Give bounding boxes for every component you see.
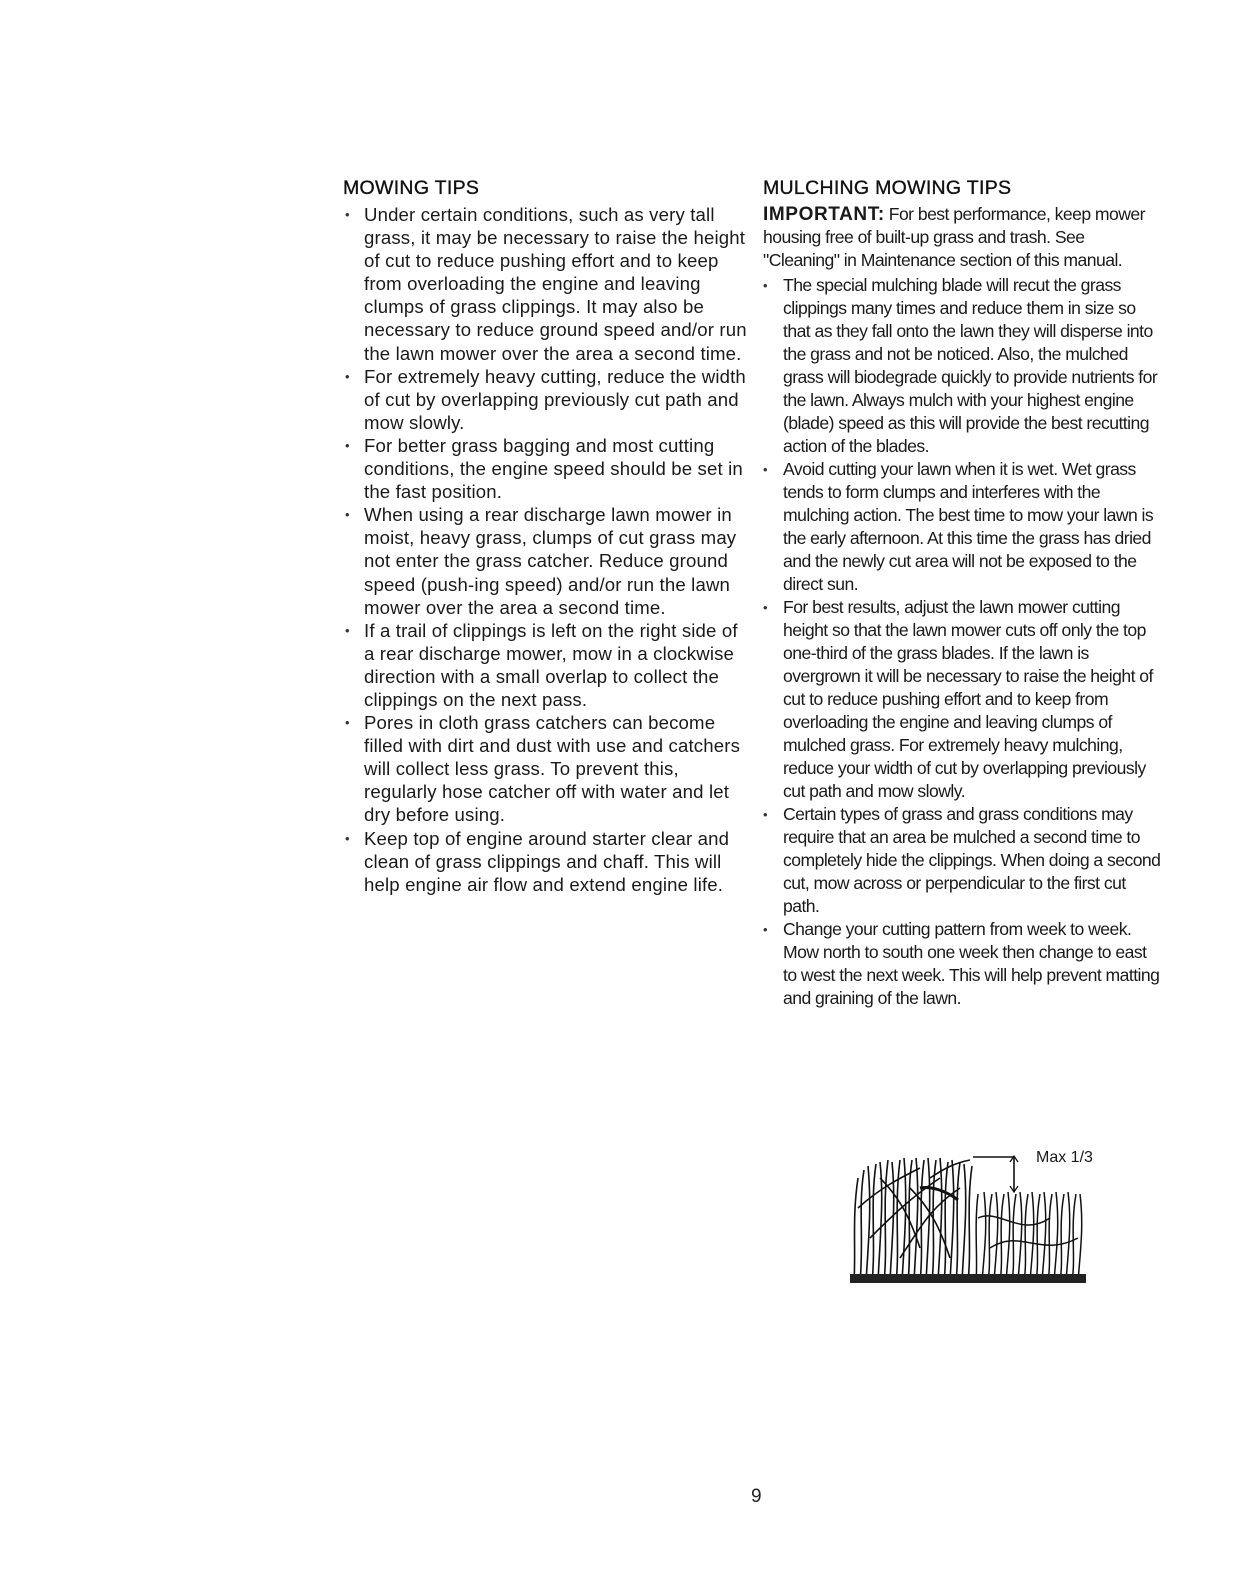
- mowing-tip-item: •If a trail of clippings is left on the …: [343, 619, 748, 711]
- mowing-tip-item: •For better grass bagging and most cutti…: [343, 434, 748, 503]
- mowing-tip-text: When using a rear discharge lawn mower i…: [364, 504, 736, 617]
- bullet-icon: •: [763, 458, 767, 481]
- page-number: 9: [751, 1486, 762, 1508]
- mulching-tip-text: Change your cutting pattern from week to…: [783, 919, 1159, 1008]
- mulching-tip-text: Avoid cutting your lawn when it is wet. …: [783, 459, 1153, 594]
- mowing-tip-text: For better grass bagging and most cuttin…: [364, 435, 743, 502]
- bullet-icon: •: [345, 203, 350, 226]
- mowing-tip-item: •Pores in cloth grass catchers can becom…: [343, 711, 748, 826]
- mowing-tips-heading: MOWING TIPS: [343, 175, 748, 201]
- bullet-icon: •: [345, 365, 350, 388]
- bullet-icon: •: [345, 827, 350, 850]
- mulching-tip-text: Certain types of grass and grass conditi…: [783, 804, 1160, 916]
- mowing-tip-item: •Keep top of engine around starter clear…: [343, 827, 748, 896]
- bullet-icon: •: [345, 619, 350, 642]
- mulching-tip-item: •The special mulching blade will recut t…: [763, 274, 1163, 458]
- bullet-icon: •: [763, 596, 767, 619]
- bullet-icon: •: [345, 434, 350, 457]
- bullet-icon: •: [345, 711, 350, 734]
- mowing-tip-text: Pores in cloth grass catchers can become…: [364, 712, 740, 825]
- mulching-tip-item: •Avoid cutting your lawn when it is wet.…: [763, 458, 1163, 596]
- bullet-icon: •: [763, 803, 767, 826]
- bullet-icon: •: [763, 274, 767, 297]
- mowing-tip-text: If a trail of clippings is left on the r…: [364, 620, 738, 710]
- mowing-tips-list: •Under certain conditions, such as very …: [343, 203, 748, 896]
- mowing-tip-item: •For extremely heavy cutting, reduce the…: [343, 365, 748, 434]
- important-label: IMPORTANT:: [763, 204, 885, 225]
- mulching-tip-item: •For best results, adjust the lawn mower…: [763, 596, 1163, 803]
- mulching-tips-list: •The special mulching blade will recut t…: [763, 274, 1163, 1010]
- mulching-tips-heading: MULCHING MOWING TIPS: [763, 175, 1163, 201]
- mulching-tip-text: For best results, adjust the lawn mower …: [783, 597, 1153, 801]
- mulching-tip-text: The special mulching blade will recut th…: [783, 275, 1157, 456]
- mowing-tips-section: MOWING TIPS •Under certain conditions, s…: [343, 175, 748, 896]
- bullet-icon: •: [345, 503, 350, 526]
- mowing-tip-item: •Under certain conditions, such as very …: [343, 203, 748, 365]
- mulching-tips-section: MULCHING MOWING TIPS IMPORTANT:For best …: [763, 175, 1163, 1010]
- mulching-tip-item: •Change your cutting pattern from week t…: [763, 918, 1163, 1010]
- mowing-tip-text: Under certain conditions, such as very t…: [364, 204, 747, 364]
- mulching-tip-item: •Certain types of grass and grass condit…: [763, 803, 1163, 918]
- mowing-tip-text: Keep top of engine around starter clear …: [364, 828, 729, 895]
- grass-cutting-height-figure: [850, 1148, 1090, 1284]
- important-note: IMPORTANT:For best performance, keep mow…: [763, 203, 1163, 272]
- bullet-icon: •: [763, 918, 767, 941]
- mowing-tip-text: For extremely heavy cutting, reduce the …: [364, 366, 746, 433]
- grass-illustration-icon: [850, 1148, 1090, 1284]
- mowing-tip-item: •When using a rear discharge lawn mower …: [343, 503, 748, 618]
- max-one-third-label: Max 1/3: [1036, 1149, 1093, 1167]
